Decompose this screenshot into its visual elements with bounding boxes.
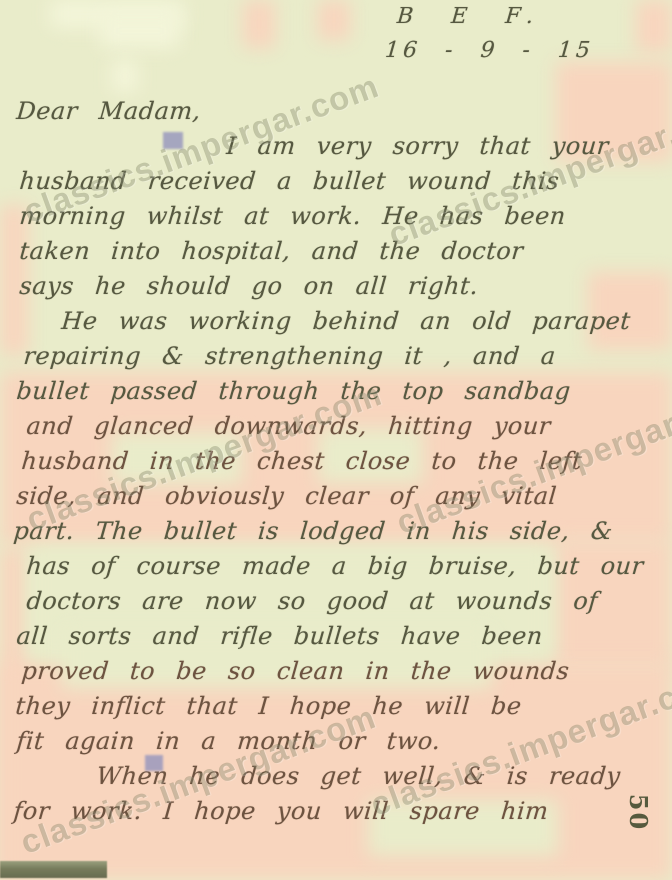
letter-line: and glanced downwards, hitting your bbox=[25, 409, 672, 444]
letter-line: taken into hospital, and the doctor bbox=[18, 234, 672, 269]
paper-stain bbox=[112, 60, 138, 92]
compression-artifact bbox=[145, 755, 163, 771]
paper-stain bbox=[243, 0, 275, 48]
letter-line: doctors are now so good at wounds of bbox=[25, 584, 672, 619]
letter-date: 16 - 9 - 15 bbox=[384, 38, 595, 63]
letter-line: husband received a bullet wound this bbox=[18, 164, 672, 199]
letter-header-bef: B E F. bbox=[396, 4, 543, 29]
letter-line: part. The bullet is lodged in his side, … bbox=[12, 514, 672, 549]
letter-line: fit again in a month or two. bbox=[15, 724, 672, 759]
letter-photo-page: { "page": { "watermark_text": "classics.… bbox=[0, 0, 672, 880]
letter-line: has of course made a big bruise, but our bbox=[25, 549, 672, 584]
cropped-caption-bar bbox=[0, 861, 107, 878]
paper-stain bbox=[50, 0, 185, 28]
letter-line: side, and obviously clear of any vital bbox=[15, 479, 672, 514]
page-number: 50 bbox=[624, 794, 653, 831]
paper-stain bbox=[318, 0, 350, 40]
letter-line: When he does get well, & is ready bbox=[95, 759, 672, 794]
letter-line: husband in the chest close to the left bbox=[20, 444, 672, 479]
letter-line: says he should go on all right. bbox=[18, 269, 672, 304]
paper-stain bbox=[100, 14, 180, 48]
letter-body: Dear Madam, I am very sorry that your hu… bbox=[0, 94, 672, 829]
letter-line: all sorts and rifle bullets have been bbox=[15, 619, 672, 654]
letter-line: repairing & strengthening it , and a bbox=[22, 339, 672, 374]
letter-line: bullet passed through the top sandbag bbox=[15, 374, 672, 409]
letter-line: proved to be so clean in the wounds bbox=[20, 654, 672, 689]
letter-line: I am very sorry that your bbox=[225, 129, 672, 164]
letter-line: they inflict that I hope he will be bbox=[14, 689, 672, 724]
letter-line: He was working behind an old parapet bbox=[60, 304, 672, 339]
compression-artifact bbox=[163, 132, 183, 149]
letter-line: morning whilst at work. He has been bbox=[18, 199, 672, 234]
letter-salutation: Dear Madam, bbox=[15, 94, 672, 129]
paper-stain bbox=[636, 0, 672, 52]
letter-line: for work. I hope you will spare him bbox=[12, 794, 672, 829]
